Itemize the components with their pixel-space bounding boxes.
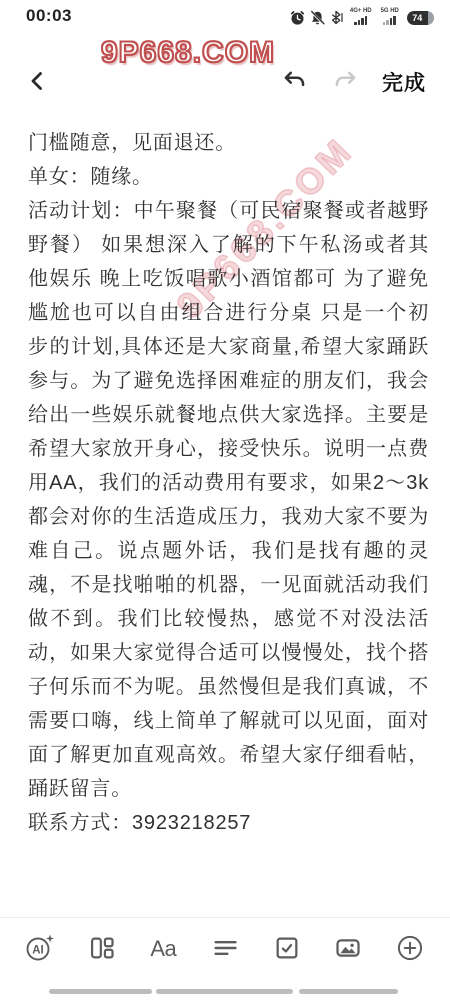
text-style-icon: Aa xyxy=(150,936,176,962)
note-paragraph: 门槛随意，见面退还。 xyxy=(28,126,429,160)
editor-footer: AI Aa xyxy=(0,917,450,1000)
signal-5g-icon: 5G HD xyxy=(379,7,400,25)
bluetooth-icon xyxy=(330,10,343,25)
plus-circle-icon xyxy=(396,934,424,965)
formatting-toolbar: AI Aa xyxy=(0,918,450,966)
keyboard-top-edge xyxy=(0,989,450,994)
checkbox-icon xyxy=(273,934,301,965)
keyboard-bar xyxy=(49,989,152,994)
add-more-button[interactable] xyxy=(390,932,430,966)
network-type-label: 4G+ HD xyxy=(350,8,372,14)
ai-assistant-button[interactable]: AI xyxy=(20,932,60,966)
chevron-left-icon xyxy=(26,68,50,97)
note-text-area[interactable]: 门槛随意，见面退还。 单女：随缘。 活动计划：中午聚餐（可民宿聚餐或者越野野餐）… xyxy=(0,124,450,916)
ai-sparkle-icon: AI xyxy=(24,933,56,966)
battery-icon: 74 xyxy=(407,11,434,25)
status-bar: 00:03 xyxy=(0,0,450,32)
undo-button[interactable] xyxy=(280,69,307,96)
undo-arrow-icon xyxy=(280,69,307,96)
layout-icon xyxy=(88,934,116,965)
mute-icon xyxy=(310,10,325,25)
done-button[interactable]: 完成 xyxy=(382,67,426,97)
note-editor-screen: 00:03 xyxy=(0,0,450,1000)
clock-time: 00:03 xyxy=(26,6,72,26)
image-icon xyxy=(334,934,362,965)
status-icons: 4G+ HD 5G HD 74 xyxy=(290,7,434,25)
redo-button[interactable] xyxy=(333,69,360,96)
editor-nav-bar: 完成 xyxy=(0,58,450,106)
signal-4g-icon: 4G+ HD xyxy=(348,7,373,25)
align-text-button[interactable] xyxy=(205,932,245,966)
svg-text:AI: AI xyxy=(32,944,44,956)
layout-template-button[interactable] xyxy=(82,932,122,966)
keyboard-bar xyxy=(156,989,293,994)
text-style-button[interactable]: Aa xyxy=(143,932,183,966)
note-paragraph: 单女：随缘。 xyxy=(28,160,429,194)
redo-arrow-icon xyxy=(333,69,360,96)
note-paragraph: 联系方式：3923218257 xyxy=(28,806,429,840)
battery-percent: 74 xyxy=(407,11,428,25)
align-left-icon xyxy=(211,934,239,965)
note-paragraph: 活动计划：中午聚餐（可民宿聚餐或者越野野餐） 如果想深入了解的下午私汤或者其他娱… xyxy=(28,194,429,806)
insert-image-button[interactable] xyxy=(328,932,368,966)
network-type-label: 5G HD xyxy=(380,8,398,14)
keyboard-bar xyxy=(299,989,398,994)
signal-bars-4g xyxy=(354,15,367,25)
checklist-button[interactable] xyxy=(267,932,307,966)
signal-bars-5g xyxy=(383,15,396,25)
alarm-icon xyxy=(290,10,305,25)
back-button[interactable] xyxy=(26,68,50,97)
